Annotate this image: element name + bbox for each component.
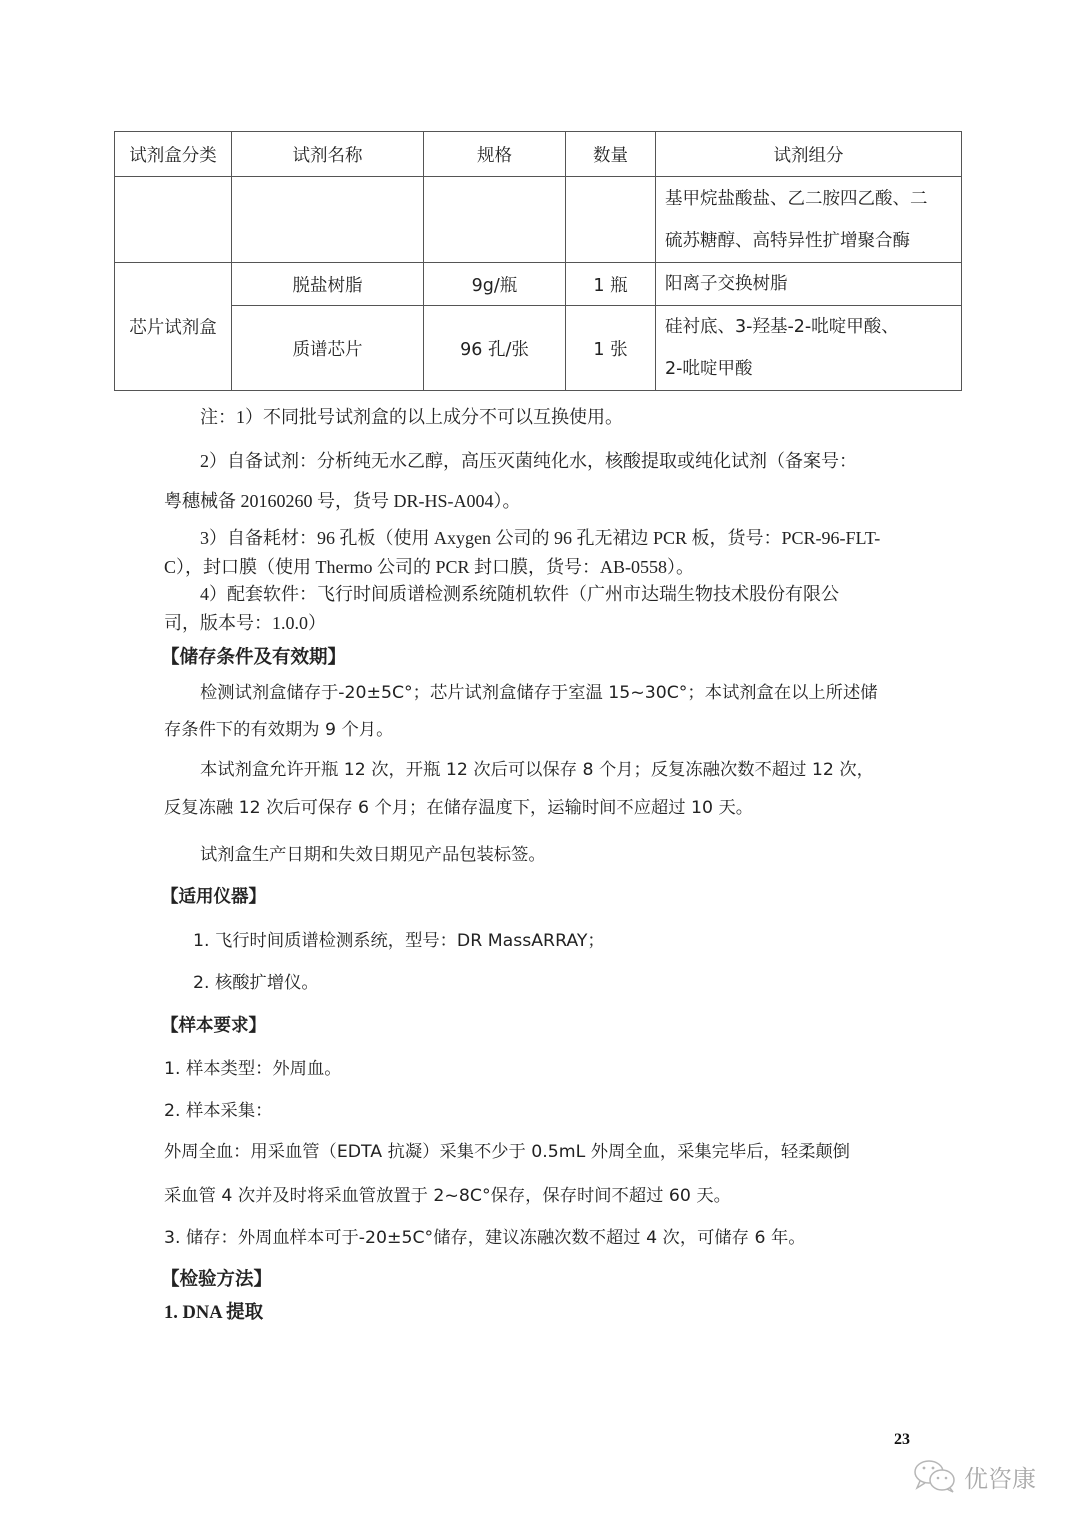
table-row: 芯片试剂盒 脱盐树脂 9g/瓶 1 瓶 阳离子交换树脂 [115,263,962,306]
header-reagent-name: 试剂名称 [232,132,424,177]
components-line: 硫苏糖醇、高特异性扩增聚合酶 [665,220,961,262]
cell-name: 脱盐树脂 [232,263,424,306]
instrument-item-1: 1. 飞行时间质谱检测系统，型号：DR MassARRAY； [193,926,605,951]
wechat-icon [912,1458,958,1494]
page-number: 23 [894,1431,910,1449]
note-2-line-1: 2）自备试剂：分析纯无水乙醇，高压灭菌纯化水，核酸提取或纯化试剂（备案号： [200,447,857,473]
note-3-line-2: C），封口膜（使用 Thermo 公司的 PCR 封口膜，货号：AB-0558）… [164,553,694,579]
cell-spec: 96 孔/张 [424,306,566,391]
table-header-row: 试剂盒分类 试剂名称 规格 数量 试剂组分 [115,132,962,177]
components-line: 基甲烷盐酸盐、乙二胺四乙酸、二 [665,178,961,220]
method-heading: 【检验方法】 [161,1265,272,1291]
storage-p2-line-2: 反复冻融 12 次后可保存 6 个月；在储存温度下，运输时间不应超过 10 天。 [164,793,753,818]
instruments-heading: 【适用仪器】 [161,883,266,908]
header-quantity: 数量 [566,132,656,177]
storage-p3: 试剂盒生产日期和失效日期见产品包装标签。 [200,840,546,865]
table-row: 基甲烷盐酸盐、乙二胺四乙酸、二 硫苏糖醇、高特异性扩增聚合酶 [115,177,962,263]
cell-category [115,177,232,263]
cell-name [232,177,424,263]
header-kit-category: 试剂盒分类 [115,132,232,177]
instrument-item-2: 2. 核酸扩增仪。 [193,968,319,993]
note-4-line-2: 司，版本号：1.0.0） [164,609,326,635]
storage-heading: 【储存条件及有效期】 [161,643,346,669]
cell-name: 质谱芯片 [232,306,424,391]
cell-quantity: 1 瓶 [566,263,656,306]
storage-p1-line-2: 存条件下的有效期为 9 个月。 [164,715,393,740]
cell-spec [424,177,566,263]
cell-components: 阳离子交换树脂 [656,263,962,306]
sample-item-2: 2. 样本采集： [164,1096,272,1121]
cell-components: 基甲烷盐酸盐、乙二胺四乙酸、二 硫苏糖醇、高特异性扩增聚合酶 [656,177,962,263]
components-line: 2-吡啶甲酸 [665,348,961,390]
watermark-text: 优咨康 [964,1459,1036,1494]
method-subheading-dna-extraction: 1. DNA 提取 [164,1298,263,1324]
components-line: 硅衬底、3-羟基-2-吡啶甲酸、 [665,306,961,348]
cell-spec: 9g/瓶 [424,263,566,306]
note-4-line-1: 4）配套软件：飞行时间质谱检测系统随机软件（广州市达瑞生物技术股份有限公 [200,580,839,606]
cell-category: 芯片试剂盒 [115,263,232,391]
storage-p1-line-1: 检测试剂盒储存于-20±5C°；芯片试剂盒储存于室温 15~30C°；本试剂盒在… [200,678,878,703]
header-components: 试剂组分 [656,132,962,177]
cell-quantity: 1 张 [566,306,656,391]
note-2-line-2: 粤穗械备 20160260 号，货号 DR-HS-A004）。 [164,487,521,513]
sample-heading: 【样本要求】 [161,1012,266,1037]
reagent-table: 试剂盒分类 试剂名称 规格 数量 试剂组分 基甲烷盐酸盐、乙二胺四乙酸、二 硫苏… [114,131,962,391]
sample-item-2-detail-line-1: 外周全血：用采血管（EDTA 抗凝）采集不少于 0.5mL 外周全血，采集完毕后… [164,1137,850,1162]
sample-item-3: 3. 储存：外周血样本可于-20±5C°储存，建议冻融次数不超过 4 次，可储存… [164,1223,806,1248]
document-page: 试剂盒分类 试剂名称 规格 数量 试剂组分 基甲烷盐酸盐、乙二胺四乙酸、二 硫苏… [0,0,1080,1528]
watermark: 优咨康 [912,1458,1036,1494]
note-1: 注：1）不同批号试剂盒的以上成分不可以互换使用。 [200,403,623,429]
sample-item-1: 1. 样本类型：外周血。 [164,1054,342,1079]
cell-quantity [566,177,656,263]
storage-p2-line-1: 本试剂盒允许开瓶 12 次，开瓶 12 次后可以保存 8 个月；反复冻融次数不超… [200,755,874,780]
sample-item-2-detail-line-2: 采血管 4 次并及时将采血管放置于 2~8C°保存，保存时间不超过 60 天。 [164,1181,731,1206]
note-3-line-1: 3）自备耗材：96 孔板（使用 Axygen 公司的 96 孔无裙边 PCR 板… [200,524,880,550]
cell-components: 硅衬底、3-羟基-2-吡啶甲酸、 2-吡啶甲酸 [656,306,962,391]
header-spec: 规格 [424,132,566,177]
table-row: 质谱芯片 96 孔/张 1 张 硅衬底、3-羟基-2-吡啶甲酸、 2-吡啶甲酸 [115,306,962,391]
